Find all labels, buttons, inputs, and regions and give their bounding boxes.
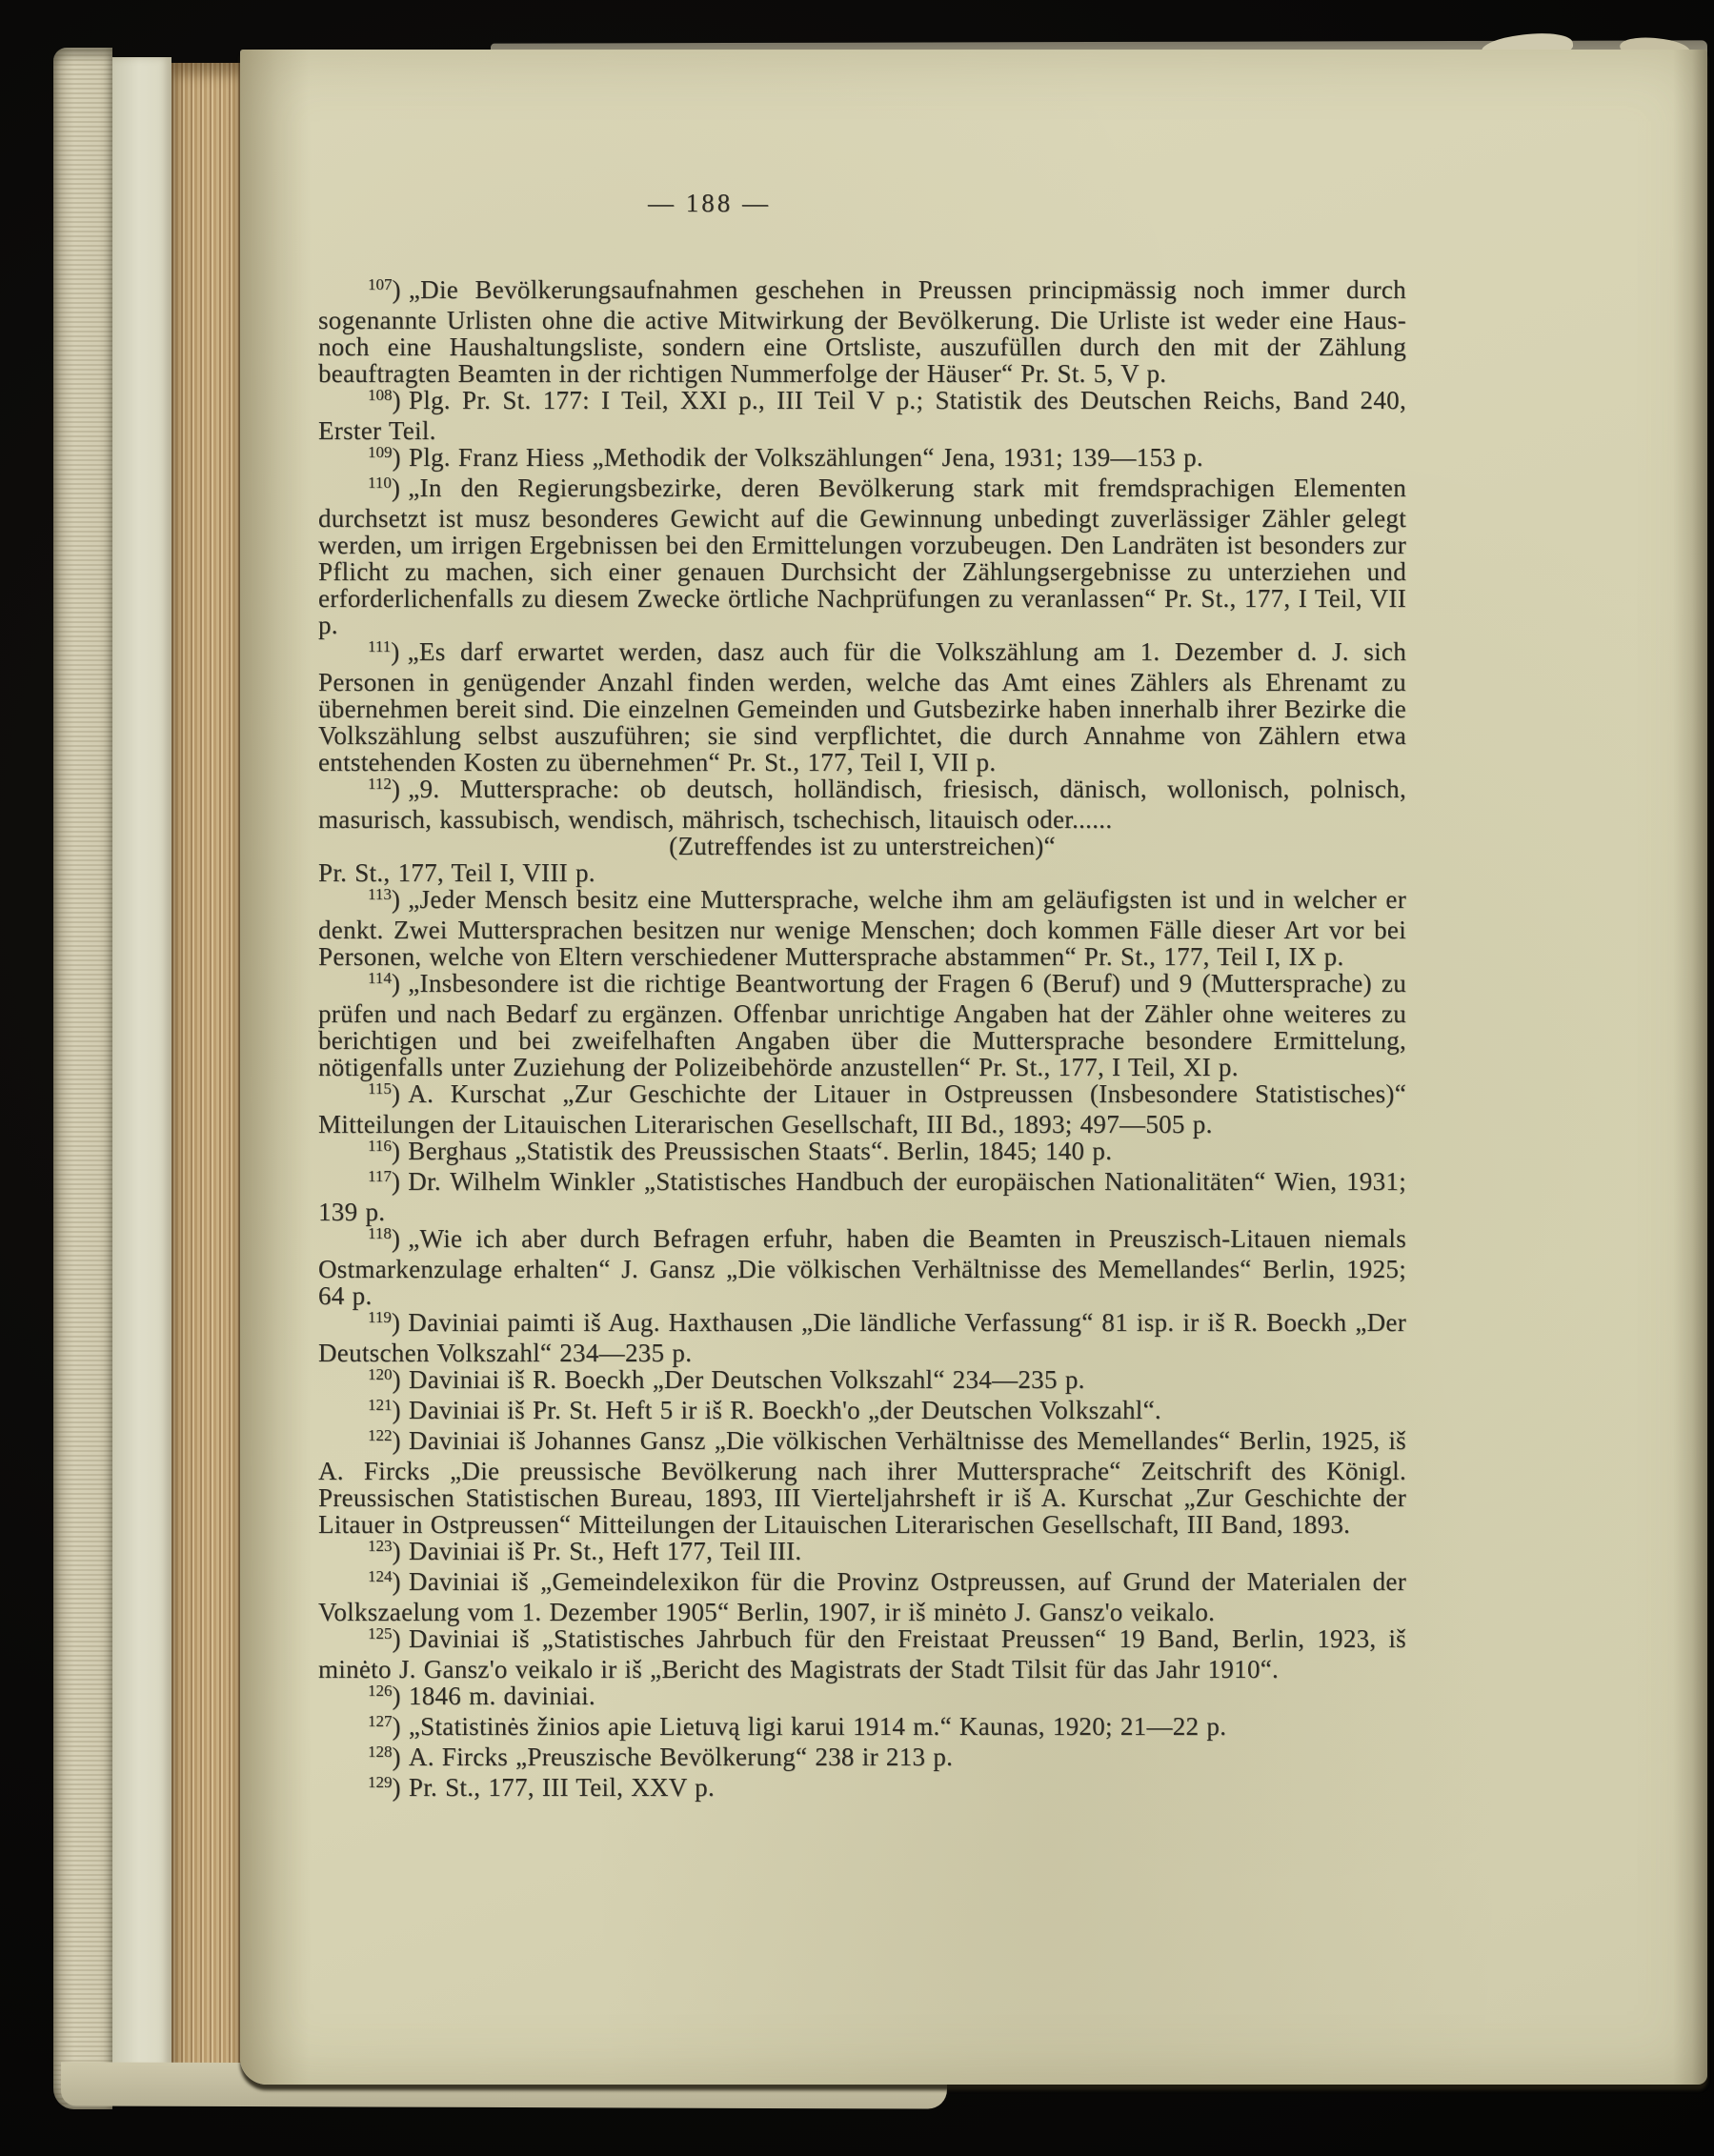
footnote-text: Daviniai iš „Statistisches Jahrbuch für …: [318, 1624, 1406, 1683]
footnote-paren: ): [393, 1624, 401, 1653]
footnote-127: 127)„Statistinės žinios apie Lietuvą lig…: [318, 1713, 1406, 1743]
footnote-paren: ): [392, 1224, 400, 1253]
footnote-number: 107: [368, 275, 393, 293]
footnote-number: 121: [368, 1396, 393, 1414]
footnote-number: 126: [368, 1682, 393, 1700]
footnote-text: Berghaus „Statistik des Preussischen Sta…: [408, 1137, 1112, 1165]
footnote-text: Plg. Franz Hiess „Methodik der Volkszähl…: [409, 443, 1203, 472]
footnote-number: 123: [368, 1537, 393, 1555]
footnote-number: 113: [368, 885, 392, 903]
footnote-number: 118: [368, 1224, 392, 1242]
footnote-text: „Die Bevölkerungsaufnahmen geschehen in …: [318, 275, 1406, 388]
page-stack-edge: [171, 63, 244, 2090]
footnote-paren: ): [393, 1426, 401, 1455]
footnote-paren: ): [392, 1167, 400, 1196]
footnote-111: 111)„Es darf erwartet werden, dasz auch …: [318, 638, 1406, 776]
flyleaf-page-edge: [112, 57, 171, 2098]
footnote-paren: ): [393, 1743, 401, 1771]
footnote-128: 128)A. Fircks „Preuszische Bevölkerung“ …: [318, 1743, 1406, 1774]
footnote-number: 120: [368, 1365, 393, 1383]
footnote-number: 109: [368, 443, 393, 461]
footnote-117: 117)Dr. Wilhelm Winkler „Statistisches H…: [318, 1168, 1406, 1225]
footnote-number: 115: [368, 1079, 392, 1098]
footnote-text: A. Fircks „Preuszische Bevölkerung“ 238 …: [409, 1743, 953, 1771]
book-page: — 188 — 107)„Die Bevölkerungsaufnahmen g…: [240, 50, 1707, 2085]
footnote-number: 128: [368, 1743, 393, 1761]
footnote-number: 112: [368, 775, 392, 793]
footnote-text: Daviniai iš Pr. St. Heft 5 ir iš R. Boec…: [409, 1396, 1161, 1424]
footnote-126: 126)1846 m. daviniai.: [318, 1682, 1406, 1713]
footnote-text: Pr. St., 177, III Teil, XXV p.: [409, 1773, 715, 1802]
footnote-text: „Wie ich aber durch Befragen erfuhr, hab…: [318, 1224, 1406, 1310]
footnote-107: 107)„Die Bevölkerungsaufnahmen geschehen…: [318, 276, 1406, 387]
footnote-number: 122: [368, 1426, 393, 1444]
footnote-paren: ): [393, 1365, 401, 1394]
footnote-text: Daviniai iš „Gemeindelexikon für die Pro…: [318, 1567, 1406, 1626]
footnote-number: 127: [368, 1712, 393, 1730]
footnote-text: „Es darf erwartet werden, dasz auch für …: [318, 637, 1406, 776]
footnote-number: 116: [368, 1137, 392, 1155]
footnote-116: 116)Berghaus „Statistik des Preussischen…: [318, 1138, 1406, 1168]
footnote-paren: ): [393, 386, 401, 414]
book-cover-cloth-edge: [53, 48, 112, 2109]
footnote-text: „Insbesondere ist die richtige Beantwort…: [318, 969, 1406, 1081]
footnote-text: Daviniai paimti iš Aug. Haxthausen „Die …: [318, 1308, 1406, 1367]
footnote-121: 121)Daviniai iš Pr. St. Heft 5 ir iš R. …: [318, 1397, 1406, 1427]
footnote-text: „9. Muttersprache: ob deutsch, holländis…: [318, 775, 1406, 834]
footnote-text: A. Kurschat „Zur Geschichte der Litauer …: [318, 1079, 1406, 1138]
footnote-paren: ): [392, 474, 400, 502]
footnote-paren: ): [393, 275, 401, 304]
footnote-text: Daviniai iš R. Boeckh „Der Deutschen Vol…: [409, 1365, 1085, 1394]
footnote-108: 108)Plg. Pr. St. 177: I Teil, XXI p., II…: [318, 387, 1406, 444]
footnote-number: 129: [368, 1773, 393, 1791]
footnote-123: 123)Daviniai iš Pr. St., Heft 177, Teil …: [318, 1538, 1406, 1568]
footnote-continuation: Pr. St., 177, Teil I, VIII p.: [318, 859, 1406, 886]
footnote-number: 124: [368, 1567, 393, 1585]
footnote-115: 115)A. Kurschat „Zur Geschichte der Lita…: [318, 1080, 1406, 1138]
footnote-paren: ): [393, 1537, 401, 1565]
footnote-110: 110)„In den Regierungsbezirke, deren Bev…: [318, 474, 1406, 638]
footnote-paren: ): [391, 637, 399, 666]
footnote-112: 112)„9. Muttersprache: ob deutsch, hollä…: [318, 776, 1406, 886]
footnote-number: 117: [368, 1167, 392, 1185]
footnote-118: 118)„Wie ich aber durch Befragen erfuhr,…: [318, 1225, 1406, 1309]
footnote-text: „In den Regierungsbezirke, deren Bevölke…: [318, 474, 1406, 639]
footnote-centered-note: (Zutreffendes ist zu unterstreichen)“: [318, 833, 1406, 859]
footnote-paren: ): [392, 1079, 400, 1108]
footnote-number: 119: [368, 1308, 392, 1326]
footnote-paren: ): [393, 1712, 401, 1741]
footnote-paren: ): [393, 1567, 401, 1596]
footnotes-block: 107)„Die Bevölkerungsaufnahmen geschehen…: [318, 276, 1406, 1804]
footnote-122: 122)Daviniai iš Johannes Gansz „Die völk…: [318, 1427, 1406, 1538]
footnote-124: 124)Daviniai iš „Gemeindelexikon für die…: [318, 1568, 1406, 1625]
footnote-number: 114: [368, 969, 392, 987]
footnote-paren: ): [392, 969, 400, 997]
footnote-paren: ): [392, 775, 400, 803]
footnote-109: 109)Plg. Franz Hiess „Methodik der Volks…: [318, 444, 1406, 474]
footnote-text: Dr. Wilhelm Winkler „Statistisches Handb…: [318, 1167, 1406, 1226]
footnote-113: 113)„Jeder Mensch besitz eine Mutterspra…: [318, 886, 1406, 970]
footnote-text: 1846 m. daviniai.: [409, 1682, 595, 1710]
footnote-text: „Statistinės žinios apie Lietuvą ligi ka…: [409, 1712, 1226, 1741]
footnote-number: 110: [368, 474, 392, 492]
footnote-paren: ): [392, 1308, 400, 1337]
footnote-number: 125: [368, 1624, 393, 1642]
footnote-text: Plg. Pr. St. 177: I Teil, XXI p., III Te…: [318, 386, 1406, 445]
footnote-paren: ): [392, 885, 400, 914]
footnote-125: 125)Daviniai iš „Statistisches Jahrbuch …: [318, 1625, 1406, 1682]
footnote-paren: ): [393, 1682, 401, 1710]
footnote-paren: ): [393, 1396, 401, 1424]
page-number: — 188 —: [648, 189, 771, 218]
footnote-number: 108: [368, 386, 393, 404]
footnote-number: 111: [368, 637, 391, 655]
footnote-129: 129)Pr. St., 177, III Teil, XXV p.: [318, 1774, 1406, 1804]
footnote-text: „Jeder Mensch besitz eine Muttersprache,…: [318, 885, 1406, 971]
footnote-text: Daviniai iš Pr. St., Heft 177, Teil III.: [409, 1537, 802, 1565]
footnote-paren: ): [392, 1137, 400, 1165]
footnote-114: 114)„Insbesondere ist die richtige Beant…: [318, 970, 1406, 1080]
footnote-119: 119)Daviniai paimti iš Aug. Haxthausen „…: [318, 1309, 1406, 1366]
book-scan: — 188 — 107)„Die Bevölkerungsaufnahmen g…: [0, 0, 1714, 2156]
footnote-paren: ): [393, 1773, 401, 1802]
footnote-text: Daviniai iš Johannes Gansz „Die völkisch…: [318, 1426, 1406, 1539]
footnote-120: 120)Daviniai iš R. Boeckh „Der Deutschen…: [318, 1366, 1406, 1397]
footnote-paren: ): [393, 443, 401, 472]
